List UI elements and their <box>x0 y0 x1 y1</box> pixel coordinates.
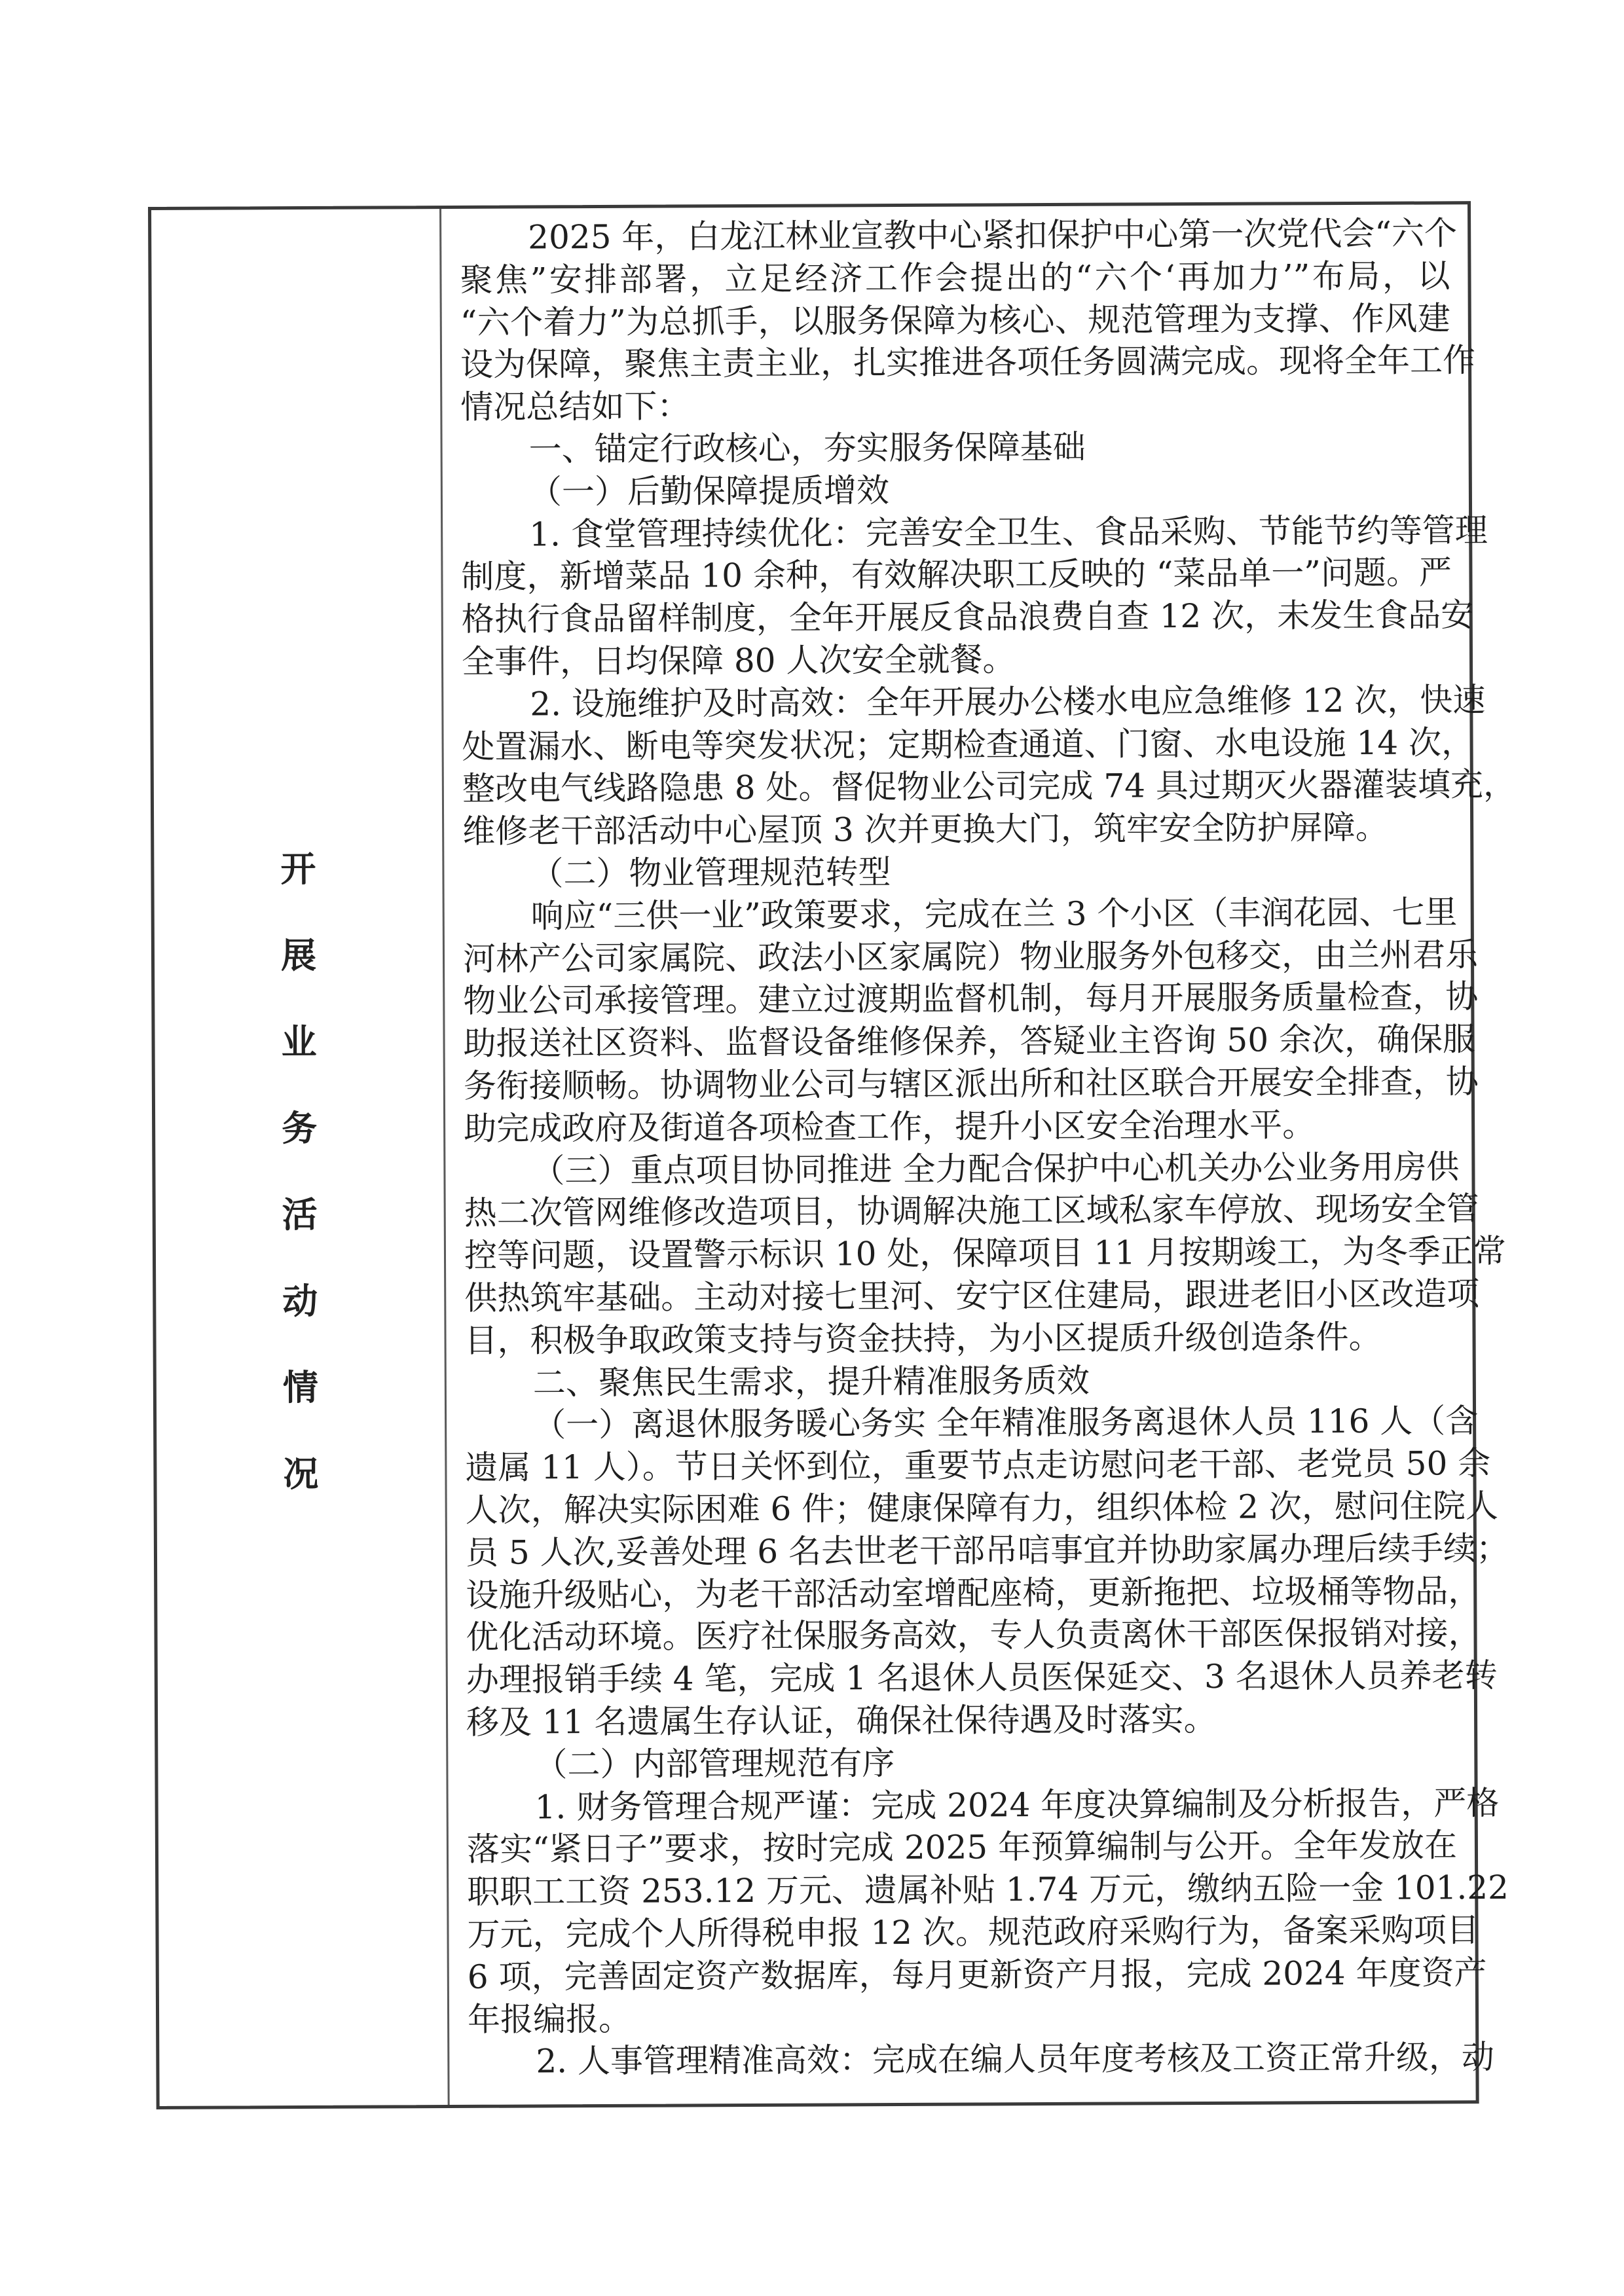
text-line: 全事件，日均保障 80 人次安全就餐。 <box>462 636 1452 683</box>
text-line: 处置漏水、断电等突发状况；定期检查通道、门窗、水电设施 14 次， <box>462 721 1452 768</box>
text-line: 优化活动环境。医疗社保服务高效，专人负责离休干部医保报销对接， <box>466 1613 1456 1659</box>
text-line: 落实“紧日子”要求，按时完成 2025 年预算编制与公开。全年发放在 <box>467 1825 1457 1871</box>
text-line: 整改电气线路隐患 8 处。督促物业公司完成 74 具过期灭火器灌装填充， <box>462 764 1452 811</box>
text-line: 年报编报。 <box>468 1994 1458 2041</box>
text-line: 设为保障，聚焦主责主业，扎实推进各项任务圆满完成。现将全年工作 <box>460 340 1450 386</box>
text-line: 聚焦”安排部署，立足经济工作会提出的“六个‘再加力’”布局，以 <box>460 255 1450 301</box>
row-label-cell: 开展业务活动情况 <box>151 209 448 2106</box>
text-line: 设施升级贴心，为老干部活动室增配座椅，更新拖把、垃圾桶等物品， <box>466 1570 1456 1616</box>
text-line: 一、锚定行政核心，夯实服务保障基础 <box>460 424 1450 471</box>
row-label-char: 动 <box>280 1281 320 1321</box>
text-line: （一）离退休服务暖心务实 全年精准服务离退休人员 116 人（含 <box>465 1400 1455 1447</box>
text-line: （三）重点项目协同推进 全力配合保护中心机关办公业务用房供 <box>464 1146 1454 1192</box>
text-line: 移及 11 名遗属生存认证，确保社保待遇及时落实。 <box>466 1697 1456 1743</box>
row-label-char: 开 <box>278 849 318 888</box>
row-label-char: 情 <box>281 1368 320 1407</box>
text-line: 1. 财务管理合规严谨：完成 2024 年度决算编制及分析报告，严格 <box>467 1782 1457 1829</box>
row-label-char: 活 <box>280 1195 320 1234</box>
text-line: 务衔接顺畅。协调物业公司与辖区派出所和社区联合开展安全排查，协 <box>464 1061 1454 1107</box>
row-content-cell: 2025 年，白龙江林业宣教中心紧扣保护中心第一次党代会“六个聚焦”安排部署，立… <box>441 204 1476 2105</box>
text-line: 职职工工资 253.12 万元、遗属补贴 1.74 万元，缴纳五险一金 101.… <box>467 1867 1457 1913</box>
text-line: 热二次管网维修改造项目，协调解决施工区域私家车停放、现场安全管 <box>464 1188 1454 1235</box>
text-line: 河林产公司家属院、政法小区家属院）物业服务外包移交，由兰州君乐 <box>463 934 1453 980</box>
text-line: 响应“三供一业”政策要求，完成在兰 3 个小区（丰润花园、七里 <box>463 891 1453 938</box>
text-line: 制度，新增菜品 10 余种，有效解决职工反映的 “菜品单一”问题。严 <box>461 552 1451 598</box>
row-label-char: 业 <box>279 1022 318 1061</box>
row-label-char: 况 <box>281 1454 320 1493</box>
text-line: 格执行食品留样制度，全年开展反食品浪费自查 12 次，未发生食品安 <box>462 594 1452 641</box>
text-line: 助报送社区资料、监督设备维修保养，答疑业主咨询 50 余次，确保服 <box>463 1019 1453 1065</box>
text-line: 供热筑牢基础。主动对接七里河、安宁区住建局，跟进老旧小区改造项 <box>464 1273 1454 1319</box>
text-line: 6 项，完善固定资产数据库，每月更新资产月报，完成 2024 年度资产 <box>468 1952 1458 1998</box>
text-line: 助完成政府及街道各项检查工作，提升小区安全治理水平。 <box>464 1103 1454 1150</box>
text-line: 2. 人事管理精准高效：完成在编人员年度考核及工资正常升级，动 <box>468 2037 1458 2083</box>
text-line: 2025 年，白龙江林业宣教中心紧扣保护中心第一次党代会“六个 <box>460 212 1450 259</box>
text-line: 情况总结如下： <box>460 382 1450 429</box>
text-line: 1. 食堂管理持续优化：完善安全卫生、食品采购、节能节约等管理 <box>461 509 1451 556</box>
text-line: 人次，解决实际困难 6 件；健康保障有力，组织体检 2 次，慰问住院人 <box>466 1485 1456 1531</box>
report-table: 开展业务活动情况 2025 年，白龙江林业宣教中心紧扣保护中心第一次党代会“六个… <box>148 201 1479 2109</box>
text-line: 控等问题，设置警示标识 10 处，保障项目 11 月按期竣工，为冬季正常 <box>464 1230 1454 1277</box>
text-line: 物业公司承接管理。建立过渡期监督机制，每月开展服务质量检查，协 <box>463 976 1453 1023</box>
row-label-char: 展 <box>279 936 318 975</box>
text-line: 办理报销手续 4 笔，完成 1 名退休人员医保延交、3 名退休人员养老转 <box>466 1654 1456 1701</box>
text-line: （二）物业管理规范转型 <box>462 848 1452 895</box>
text-line: 2. 设施维护及时高效：全年开展办公楼水电应急维修 12 次，快速 <box>462 679 1452 725</box>
text-line: 万元，完成个人所得税申报 12 次。规范政府采购行为，备案采购项目 <box>467 1909 1457 1956</box>
text-line: “六个着力”为总抓手，以服务保障为核心、规范管理为支撑、作风建 <box>460 297 1450 344</box>
text-line: 员 5 人次,妥善处理 6 名去世老干部吊唁事宜并协助家属办理后续手续； <box>466 1527 1456 1574</box>
text-line: 遗属 11 人）。节日关怀到位，重要节点走访慰问老干部、老党员 50 余 <box>465 1442 1455 1489</box>
text-line: 目，积极争取政策支持与资金扶持，为小区提质升级创造条件。 <box>464 1315 1454 1362</box>
text-line: 维修老干部活动中心屋顶 3 次并更换大门，筑牢安全防护屏障。 <box>462 807 1452 853</box>
text-line: 二、聚焦民生需求，提升精准服务质效 <box>465 1358 1455 1404</box>
text-line: （二）内部管理规范有序 <box>466 1740 1456 1786</box>
row-label-char: 务 <box>280 1108 319 1148</box>
text-line: （一）后勤保障提质增效 <box>461 467 1451 513</box>
